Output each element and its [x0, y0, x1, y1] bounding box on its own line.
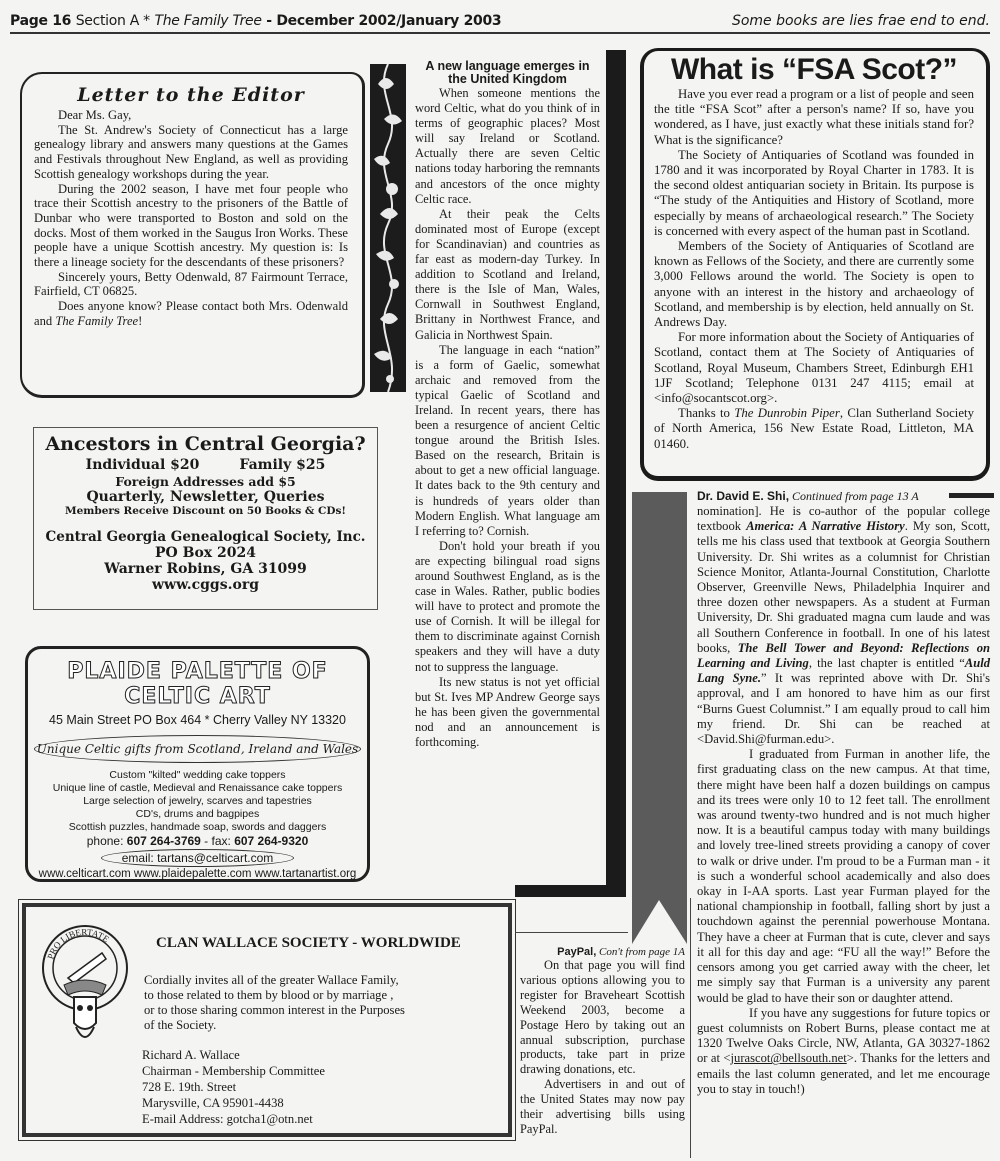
wallace-ad-contact: Richard A. Wallace Chairman - Membership…	[142, 1047, 325, 1127]
celtic-vine-ornament	[370, 64, 406, 392]
georgia-ad-title: Ancestors in Central Georgia?	[34, 433, 377, 455]
georgia-ad-prices: Individual $20 Family $25	[34, 457, 377, 473]
shi-article-head: Dr. David E. Shi, Continued from page 13…	[697, 489, 990, 504]
fsa-title: What is “FSA Scot?”	[654, 53, 974, 87]
contact-role: Chairman - Membership Committee	[142, 1063, 325, 1079]
vertical-rule	[690, 898, 691, 1158]
article-paragraph: If you have any suggestions for future t…	[697, 1006, 990, 1097]
language-article: A new language emerges in the United Kin…	[415, 60, 600, 750]
letter-salutation: Dear Ms. Gay,	[34, 108, 348, 123]
issue-date: - December 2002/January 2003	[266, 13, 501, 29]
article-paragraph: For more information about the Society o…	[654, 330, 974, 406]
plaide-ad-slogan: Unique Celtic gifts from Scotland, Irela…	[34, 735, 361, 763]
georgia-ad-pobox: PO Box 2024	[34, 545, 377, 561]
letter-paragraph: During the 2002 season, I have met four …	[34, 182, 348, 270]
letter-closing: Does anyone know? Please contact both Mr…	[34, 299, 348, 328]
paypal-article-head: PayPal, Con't from page 1A	[520, 946, 685, 958]
page-number: Page 16	[10, 13, 71, 29]
georgia-ad-foreign: Foreign Addresses add $5	[34, 474, 377, 489]
ribbon-notch	[632, 900, 687, 944]
article-paragraph: Have you ever read a program or a list o…	[654, 87, 974, 148]
article-paragraph: I graduated from Furman in another life,…	[697, 747, 990, 1005]
plaide-ad-line: Custom "kilted" wedding cake toppers	[28, 769, 367, 782]
page-header-left: Page 16 Section A * The Family Tree - De…	[10, 13, 501, 29]
paypal-article: PayPal, Con't from page 1A On that page …	[520, 946, 685, 1137]
letter-to-editor-box: Letter to the Editor Dear Ms. Gay, The S…	[20, 72, 365, 398]
fax-number: 607 264-9320	[234, 834, 308, 848]
article-paragraph: Its new status is not yet official but S…	[415, 675, 600, 750]
article-paragraph: On that page you will find various optio…	[520, 958, 685, 1077]
contact-email[interactable]: E-mail Address: gotcha1@otn.net	[142, 1111, 325, 1127]
contact-name: Richard A. Wallace	[142, 1047, 325, 1063]
plaide-ad-phone-fax: phone: 607 264-3769 - fax: 607 264-9320	[28, 834, 367, 848]
page-header: Page 16 Section A * The Family Tree - De…	[10, 8, 990, 34]
column-divider-bar	[606, 50, 626, 895]
central-georgia-ad: Ancestors in Central Georgia? Individual…	[33, 427, 378, 610]
georgia-ad-website[interactable]: www.cggs.org	[34, 577, 377, 593]
section-label: Section A *	[76, 13, 150, 29]
plaide-ad-line: Scottish puzzles, handmade soap, swords …	[28, 821, 367, 834]
book-title: America: A Narrative History	[746, 519, 905, 533]
head-bar-ornament	[949, 493, 994, 498]
shi-article: Dr. David E. Shi, Continued from page 13…	[697, 489, 990, 1097]
page-tagline: Some books are lies frae end to end.	[732, 13, 990, 29]
clan-crest-icon: PRO LIBERTATE	[40, 923, 130, 1051]
clan-wallace-ad: PRO LIBERTATE CLAN WALLACE SOCIETY - WOR…	[22, 903, 512, 1137]
price-individual: Individual $20	[86, 457, 200, 473]
georgia-ad-features: Quarterly, Newsletter, Queries	[34, 489, 377, 505]
article-paragraph: Don't hold your breath if you are expect…	[415, 539, 600, 675]
plaide-ad-line: Large selection of jewelry, scarves and …	[28, 795, 367, 808]
plaide-palette-ad: PLAIDE PALETTE OF CELTIC ART 45 Main Str…	[25, 646, 370, 882]
fsa-scot-box: What is “FSA Scot?” Have you ever read a…	[640, 48, 990, 481]
article-paragraph: At their peak the Celts dominated most o…	[415, 207, 600, 343]
letter-signature: Sincerely yours, Betty Odenwald, 87 Fair…	[34, 270, 348, 299]
phone-number: 607 264-3769	[127, 834, 201, 848]
letter-paragraph: The St. Andrew's Society of Connecticut …	[34, 123, 348, 182]
plaide-ad-websites[interactable]: www.celticart.com www.plaidepalette.com …	[28, 868, 367, 880]
vine-pattern-icon	[370, 64, 406, 392]
georgia-ad-city: Warner Robins, GA 31099	[34, 561, 377, 577]
plaide-ad-email[interactable]: email: tartans@celticart.com	[101, 849, 295, 867]
plaide-ad-line: CD's, drums and bagpipes	[28, 808, 367, 821]
plaide-ad-title: PLAIDE PALETTE OF CELTIC ART	[28, 659, 367, 709]
horizontal-rule	[515, 932, 628, 933]
language-article-title: A new language emerges in the United Kin…	[415, 60, 600, 85]
contact-city: Marysville, CA 95901-4438	[142, 1095, 325, 1111]
article-paragraph: Members of the Society of Antiquaries of…	[654, 239, 974, 330]
georgia-ad-discount: Members Receive Discount on 50 Books & C…	[34, 505, 377, 517]
article-paragraph: The language in each “nation” is a form …	[415, 343, 600, 539]
column-divider-foot	[515, 885, 626, 897]
georgia-ad-org: Central Georgia Genealogical Society, In…	[34, 529, 377, 545]
plaide-ad-line: Unique line of castle, Medieval and Rena…	[28, 782, 367, 795]
article-paragraph: nomination]. He is co-author of the popu…	[697, 504, 990, 747]
email-link[interactable]: jurascot@bellsouth.net	[731, 1051, 847, 1065]
letter-title: Letter to the Editor	[34, 84, 348, 106]
article-paragraph: Advertisers in and out of the United Sta…	[520, 1077, 685, 1137]
publication-name: The Family Tree	[154, 13, 261, 29]
wallace-ad-title: CLAN WALLACE SOCIETY - WORLDWIDE	[156, 935, 461, 952]
contact-street: 728 E. 19th. Street	[142, 1079, 325, 1095]
wallace-ad-invitation: Cordially invites all of the greater Wal…	[144, 973, 405, 1033]
plaide-ad-address: 45 Main Street PO Box 464 * Cherry Valle…	[28, 713, 367, 727]
price-family: Family $25	[239, 457, 325, 473]
article-paragraph: When someone mentions the word Celtic, w…	[415, 86, 600, 207]
fsa-thanks: Thanks to The Dunrobin Piper, Clan Suthe…	[654, 406, 974, 452]
article-paragraph: The Society of Antiquaries of Scotland w…	[654, 148, 974, 239]
ribbon-bookmark-ornament	[632, 492, 687, 944]
